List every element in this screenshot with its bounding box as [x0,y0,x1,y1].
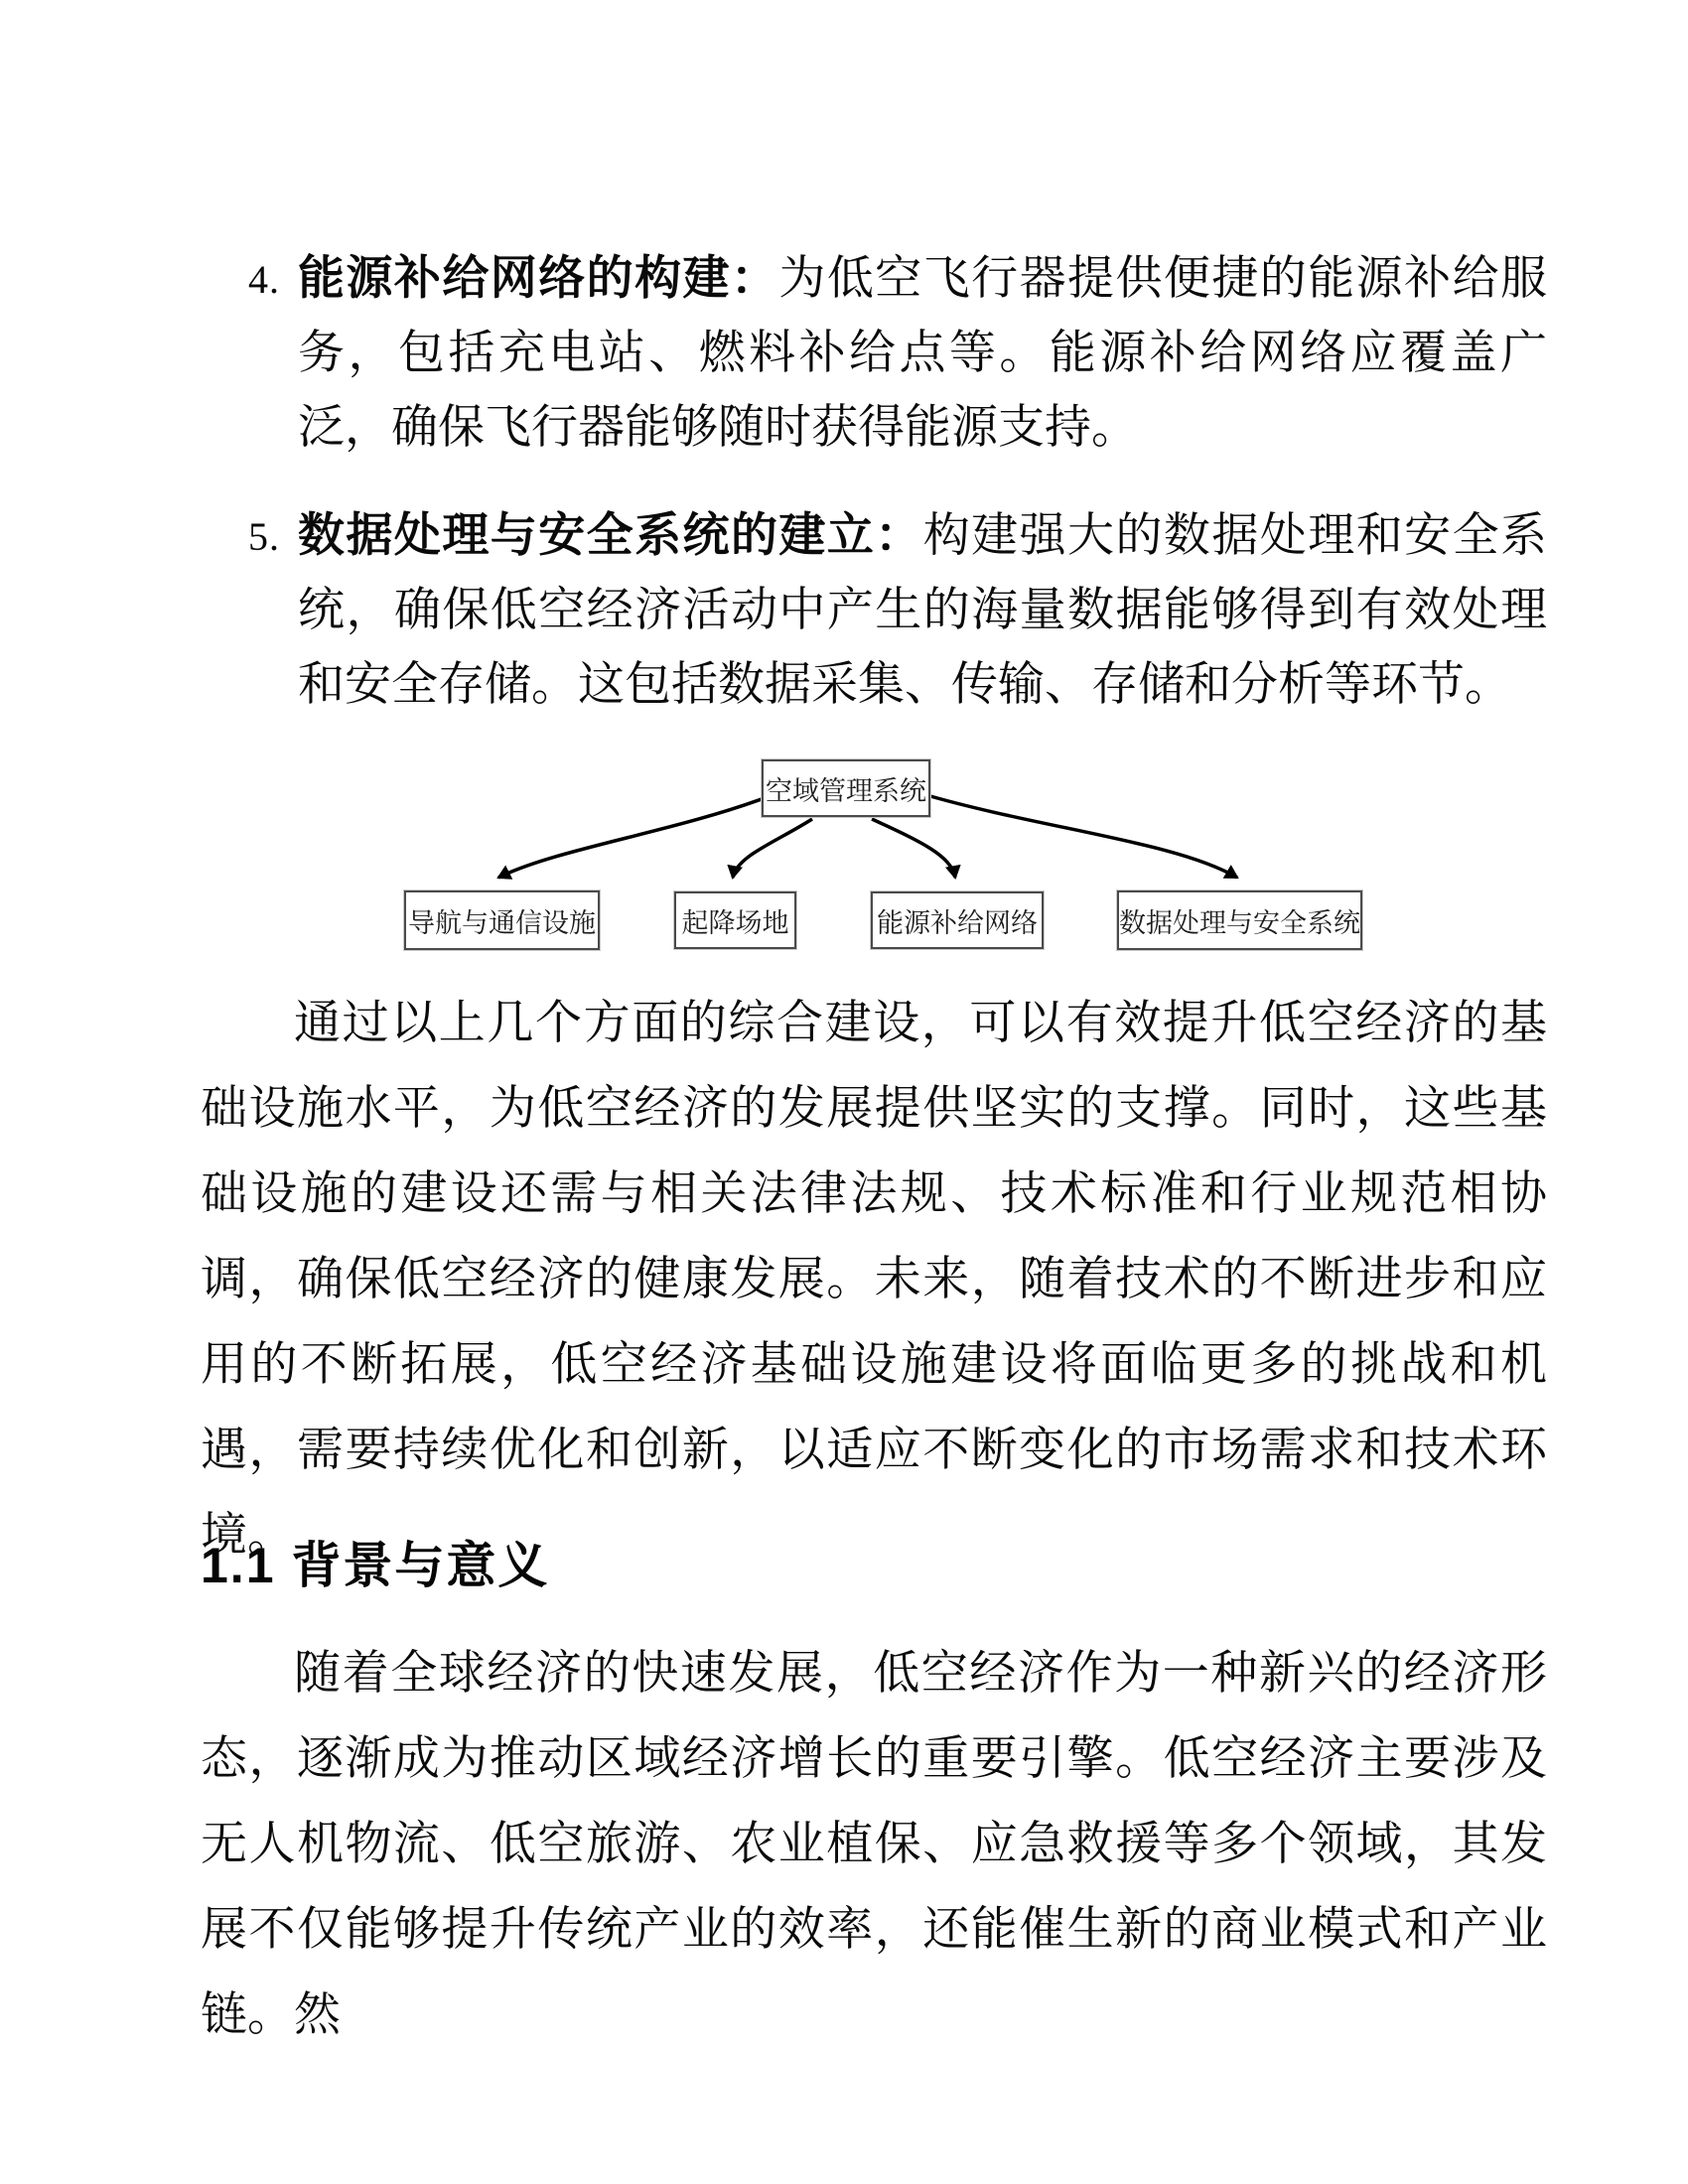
flowchart-node-child-2: 能源补给网络 [871,891,1044,949]
list-item-title: 能源补给网络的构建： [298,253,778,305]
flowchart-node-root: 空域管理系统 [762,759,930,817]
arrow-to-child-1 [733,819,812,878]
list-item-text: 数据处理与安全系统的建立：构建强大的数据处理和安全系统，确保低空经济活动中产生的… [298,499,1547,723]
flowchart-node-child-0: 导航与通信设施 [404,890,600,950]
list-item-number: 5. [248,499,280,574]
section-paragraph: 随着全球经济的快速发展，低空经济作为一种新兴的经济形态，逐渐成为推动区域经济增长… [201,1631,1547,2058]
numbered-list: 4. 能源补给网络的构建：为低空飞行器提供便捷的能源补给服务，包括充电站、燃料补… [248,242,1547,756]
flowchart-diagram: 空域管理系统 导航与通信设施 起降场地 能源补给网络 数据处理与安全系统 [377,745,1390,958]
section-heading: 1.1 背景与意义 [201,1537,549,1594]
list-item: 5. 数据处理与安全系统的建立：构建强大的数据处理和安全系统，确保低空经济活动中… [248,499,1547,723]
arrow-to-child-2 [872,819,955,878]
list-item-text: 能源补给网络的构建：为低空飞行器提供便捷的能源补给服务，包括充电站、燃料补给点等… [298,242,1547,466]
list-item-number: 4. [248,242,280,317]
summary-paragraph: 通过以上几个方面的综合建设，可以有效提升低空经济的基础设施水平，为低空经济的发展… [201,981,1547,1578]
list-item-title: 数据处理与安全系统的建立： [298,510,923,562]
arrow-to-child-0 [498,796,770,878]
document-page: 4. 能源补给网络的构建：为低空飞行器提供便捷的能源补给服务，包括充电站、燃料补… [0,0,1688,2184]
arrow-to-child-3 [923,794,1237,878]
flowchart-node-child-1: 起降场地 [674,891,796,949]
list-item: 4. 能源补给网络的构建：为低空飞行器提供便捷的能源补给服务，包括充电站、燃料补… [248,242,1547,466]
flowchart-node-child-3: 数据处理与安全系统 [1117,890,1362,950]
